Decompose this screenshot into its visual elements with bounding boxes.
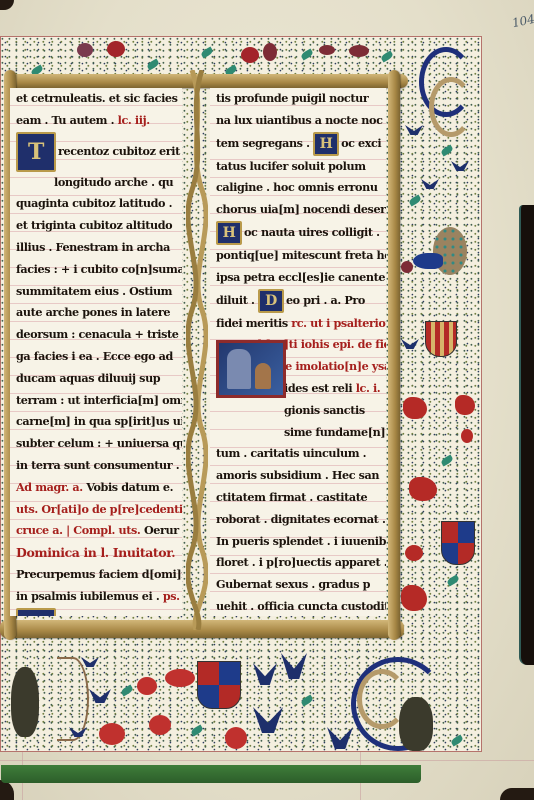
leaf-icon <box>380 50 394 62</box>
leaf-icon <box>408 194 422 206</box>
text-line: eam . Tu autem . lc. iij. <box>10 110 182 132</box>
blue-pansy-icon <box>281 653 307 679</box>
text-line: et triginta cubitoz altitudo <box>10 215 182 237</box>
blue-pansy-icon <box>253 663 277 685</box>
text-line: longitudo arche . qu <box>10 172 182 194</box>
page-corner <box>0 0 14 10</box>
blue-pansy-icon <box>421 179 439 189</box>
leaf-icon <box>190 724 204 736</box>
binding-edge <box>519 205 534 665</box>
text-line: tum . caritatis uinculum . <box>210 443 386 465</box>
text-line: subter celum : + uniuersa que <box>10 433 182 455</box>
decorated-initial: D <box>258 289 284 313</box>
text-line: terram : ut interficia[m] omne[m] <box>10 390 182 412</box>
carnation-bud-icon <box>461 429 473 443</box>
text-line: roborat . dignitates ecornat . <box>210 509 386 531</box>
leaf-icon <box>200 46 214 58</box>
text-line: et cetrnuleatis. et sic facies <box>10 88 182 110</box>
text-line: tatus lucifer soluit polum <box>210 156 386 178</box>
text-line: Ad magr. a. Vobis datum e. <box>10 477 182 499</box>
blue-pansy-icon <box>451 161 469 171</box>
strawberry-icon <box>99 723 125 745</box>
text-line: In pueris splendet . i iuuenib[us] <box>210 531 386 553</box>
strawberry-icon <box>225 727 247 749</box>
red-flower-icon <box>263 43 277 61</box>
text-line: Precurpemus faciem d[omi]ni . Et <box>10 564 182 586</box>
text-line: na lux uiantibus a nocte noc <box>210 110 386 132</box>
peacock-icon <box>413 253 443 269</box>
twisted-gold-branch <box>186 70 208 630</box>
red-berry-icon <box>401 261 413 273</box>
text-line: caligine . hoc omnis erronu <box>210 177 386 199</box>
text-line: chorus uia[m] nocendi deserit . <box>210 199 386 221</box>
abraham-figure <box>227 349 251 389</box>
text-line: aute arche pones in latere <box>10 302 182 324</box>
text-line: diluit . Deo pri . a. Pro <box>210 289 386 313</box>
carnation-icon <box>405 545 423 561</box>
text-line: Trecentoz cubitoz erit <box>10 132 182 172</box>
leaf-icon <box>446 574 460 586</box>
text-line: tis profunde puigil noctur <box>210 88 386 110</box>
leaf-icon <box>146 58 160 70</box>
text-line: quaginta cubitoz latitudo . <box>10 193 182 215</box>
ruling-line <box>0 760 534 761</box>
text-line: Eterne rerum hy. Deit ex. <box>10 608 182 616</box>
leaf-icon <box>440 144 454 156</box>
carnation-icon <box>403 397 427 419</box>
archer-wild-man <box>11 667 39 737</box>
text-line: in terra sunt consumentur . <box>10 455 182 477</box>
decorated-initial: T <box>16 132 56 172</box>
strawberry-icon <box>137 677 157 695</box>
rubric-line: Dominica in l. Inuitator. <box>10 542 182 564</box>
gold-branch-right <box>388 70 400 640</box>
isaac-figure <box>255 363 271 389</box>
carnation-icon <box>409 477 437 501</box>
rubric-line: uts. Or[ati]o de p[re]cedenti d[omi]n[i]… <box>10 499 182 521</box>
text-line: gionis sanctis <box>210 400 386 422</box>
text-line: deorsum : cenacula + triste <box>10 324 182 346</box>
text-line: ctitatem firmat . castitate <box>210 487 386 509</box>
carnation-icon <box>455 395 475 415</box>
text-line: Gubernat sexus . gradus p <box>210 574 386 596</box>
blue-pansy-icon <box>81 657 99 667</box>
blue-pansy-icon <box>405 125 423 135</box>
bow-icon <box>57 657 89 741</box>
manuscript-page: 104 <box>0 0 534 800</box>
leaf-icon <box>120 684 134 696</box>
text-line: illius . Fenestram in archa <box>10 237 182 259</box>
blue-pansy-icon <box>89 689 111 703</box>
red-flower-icon <box>107 41 125 57</box>
striped-shield-icon <box>425 321 457 357</box>
text-column-left: et cetrnuleatis. et sic facies eam . Tu … <box>10 88 182 616</box>
text-line: ducam aquas diluuij sup <box>10 368 182 390</box>
text-line: Hoc nauta uires colligit . <box>210 221 386 245</box>
carnation-icon <box>401 585 427 611</box>
text-line: amoris subsidium . Hec san <box>210 465 386 487</box>
red-flower-icon <box>241 47 259 63</box>
decorated-initial: H <box>216 221 242 245</box>
leaf-icon <box>300 694 314 706</box>
text-line: floret . i p[ro]uectis apparet . <box>210 552 386 574</box>
red-flower-icon <box>349 45 369 57</box>
leaf-icon <box>450 734 464 746</box>
blue-pansy-icon <box>253 707 283 733</box>
violet-flower-icon <box>77 43 93 57</box>
text-line: ga facies i ea . Ecce ego ad <box>10 346 182 368</box>
text-line: cruce a. | Compl. uts. Oerur . <box>10 520 182 542</box>
text-line: tem segregans . Hoc exci <box>210 132 386 156</box>
text-line: in psalmis iubilemus ei . ps. <box>10 586 182 608</box>
text-line: sime fundame[n] <box>210 422 386 444</box>
blue-pansy-icon <box>327 727 353 749</box>
decorated-initial: H <box>313 132 339 156</box>
text-line: uehit . officia cuncta custodit . <box>210 596 386 616</box>
gold-acanthus-scroll <box>429 77 473 137</box>
leaf-icon <box>300 48 314 60</box>
text-line: summitatem eius . Ostium <box>10 281 182 303</box>
page-corner <box>0 780 14 800</box>
folio-number: 104 <box>511 12 534 30</box>
historiated-initial <box>216 340 286 398</box>
strawberry-icon <box>165 669 195 687</box>
leaf-icon <box>440 454 454 466</box>
strawberry-icon <box>149 715 171 735</box>
text-line: ipsa petra eccl[es]ie canente culpa <box>210 267 386 289</box>
text-line: pontiq[ue] mitescunt freta hoc <box>210 245 386 267</box>
text-line: facies : + i cubito co[n]sumabis <box>10 259 182 281</box>
coat-of-arms-icon <box>197 661 241 709</box>
blue-pansy-icon <box>401 339 419 349</box>
quartered-shield-icon <box>441 521 475 565</box>
decorated-initial: E <box>16 608 56 616</box>
text-line: carne[m] in qua sp[irit]us uite est <box>10 411 182 433</box>
red-flower-icon <box>319 45 335 55</box>
grass-strip <box>1 765 421 783</box>
text-line: fidei meritis rc. ut i psalterio . <box>210 313 386 335</box>
page-corner <box>500 788 534 800</box>
seated-wild-man <box>399 697 433 751</box>
